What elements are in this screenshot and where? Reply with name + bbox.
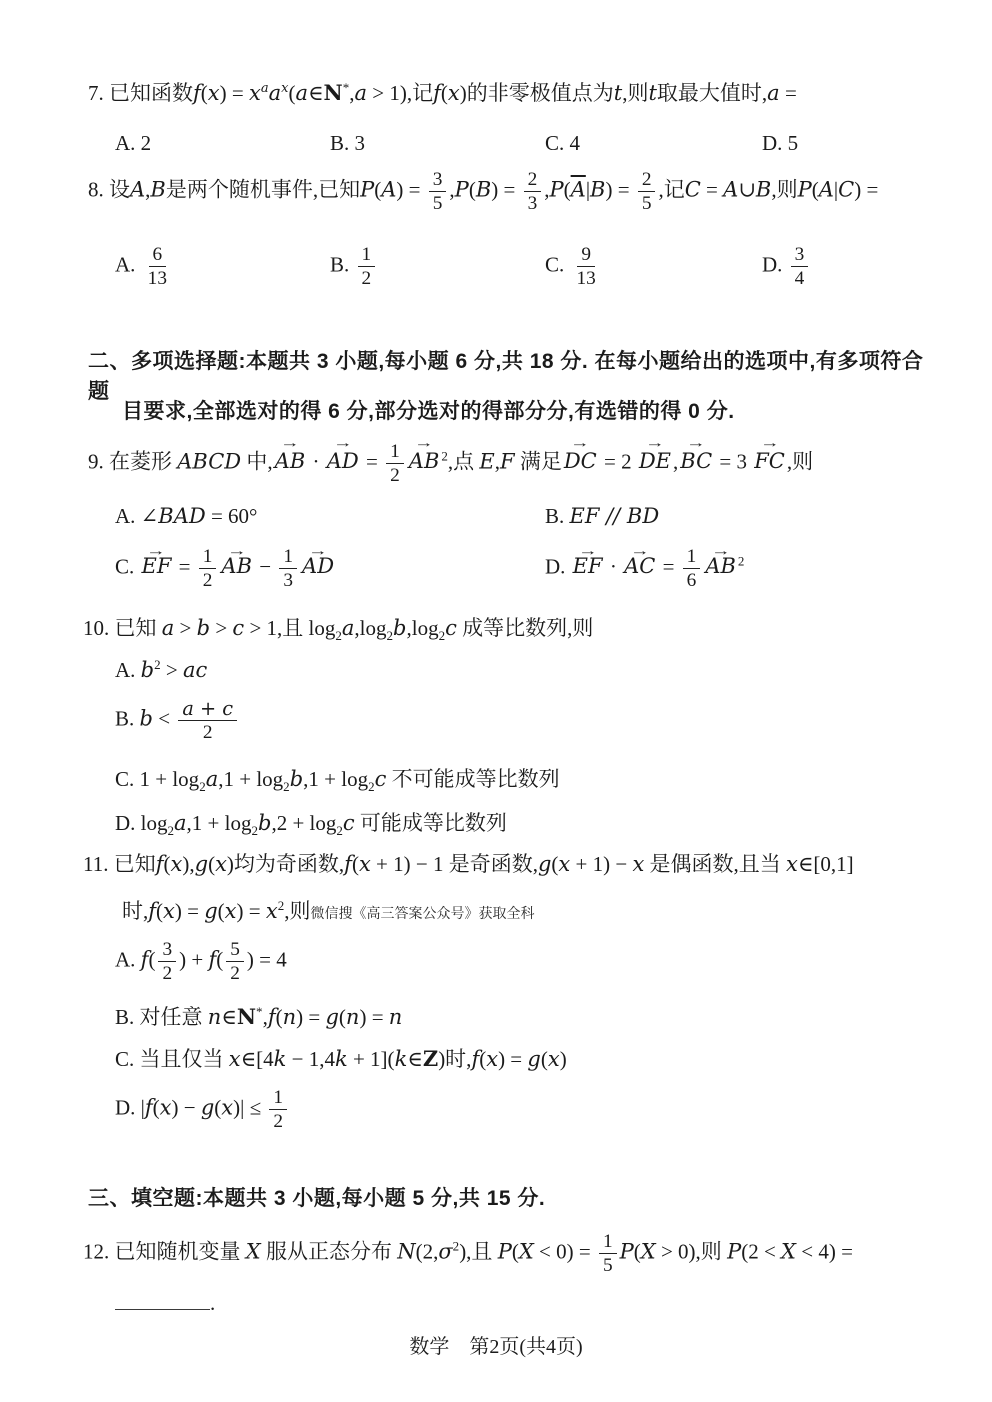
option-b: B. 3 — [330, 131, 545, 156]
question-10-option-c: C. 1 + log2a,1 + log2b,1 + log2c 不可能成等比数… — [88, 764, 936, 794]
exam-page: 7. 已知函数f(x) = xaax(a∈N*,a > 1),记f(x)的非零极… — [0, 0, 992, 1402]
question-7-options: A. 2 B. 3 C. 4 D. 5 — [88, 131, 936, 156]
question-11-text-line1: 11. 已知f(x),g(x)均为奇函数,f(x + 1) − 1 是奇函数,g… — [83, 849, 936, 879]
question-9-options-ab: A. ∠BAD = 60° B. EF // BD — [88, 504, 936, 529]
option-c: C. 4 — [545, 131, 762, 156]
blank-underline — [115, 1288, 210, 1310]
question-9-options-cd: C. →EF = 12→AB − 13→AD D. →EF · →AC = 16… — [88, 545, 936, 592]
page-footer: 数学 第2页(共4页) — [0, 1330, 992, 1359]
option-a: A. 2 — [115, 131, 330, 156]
question-11-option-a: A. f(32) + f(52) = 4 — [88, 938, 936, 985]
question-11-option-b: B. 对任意 n∈N*,f(n) = g(n) = n — [88, 1002, 936, 1032]
question-12-text: 12. 已知随机变量 X 服从正态分布 N(2,σ2),且 P(X < 0) =… — [83, 1230, 936, 1277]
question-10-option-b: B. b < a + c2 — [88, 697, 936, 744]
option-d: D. 5 — [762, 131, 936, 156]
question-9-text: 9. 在菱形 ABCD 中,→AB · →AD = 12→AB2,点 E,F 满… — [88, 440, 936, 487]
blank-period: . — [210, 1291, 215, 1315]
option-b: B. EF // BD — [545, 504, 936, 529]
option-d: D. 34 — [762, 243, 936, 290]
question-10-text: 10. 已知 a > b > c > 1,且 log2a,log2b,log2c… — [83, 613, 936, 643]
question-12-answer-blank: . — [88, 1288, 936, 1318]
question-10-option-a: A. b2 > ac — [88, 655, 936, 685]
question-8-options: A. 613 B. 12 C. 913 D. 34 — [88, 243, 936, 290]
option-d: D. →EF · →AC = 16→AB2 — [545, 545, 936, 592]
section-2-header-line2: 目要求,全部选对的得 6 分,部分选对的得部分分,有选错的得 0 分. — [88, 397, 936, 427]
option-a: A. ∠BAD = 60° — [115, 504, 545, 529]
option-c: C. →EF = 12→AB − 13→AD — [115, 545, 545, 592]
question-11-text-line2: 时,f(x) = g(x) = x2,则微信搜《高三答案公众号》获取全科 — [122, 896, 936, 928]
option-b: B. 12 — [330, 243, 545, 290]
option-c: C. 913 — [545, 243, 762, 290]
watermark-text: 微信搜《高三答案公众号》获取全科 — [310, 905, 534, 921]
question-11-option-d: D. |f(x) − g(x)| ≤ 12 — [88, 1086, 936, 1133]
section-3-header: 三、填空题:本题共 3 小题,每小题 5 分,共 15 分. — [88, 1184, 936, 1214]
question-11-option-c: C. 当且仅当 x∈[4k − 1,4k + 1](k∈Z)时,f(x) = g… — [88, 1044, 936, 1074]
question-7-text: 7. 已知函数f(x) = xaax(a∈N*,a > 1),记f(x)的非零极… — [88, 78, 936, 108]
question-10-option-d: D. log2a,1 + log2b,2 + log2c 可能成等比数列 — [88, 808, 936, 838]
question-11-text-line2-math: 时,f(x) = g(x) = x2,则 — [122, 899, 310, 923]
option-a: A. 613 — [115, 243, 330, 290]
question-8-text: 8. 设A,B是两个随机事件,已知P(A) = 35,P(B) = 23,P(A… — [88, 168, 936, 215]
